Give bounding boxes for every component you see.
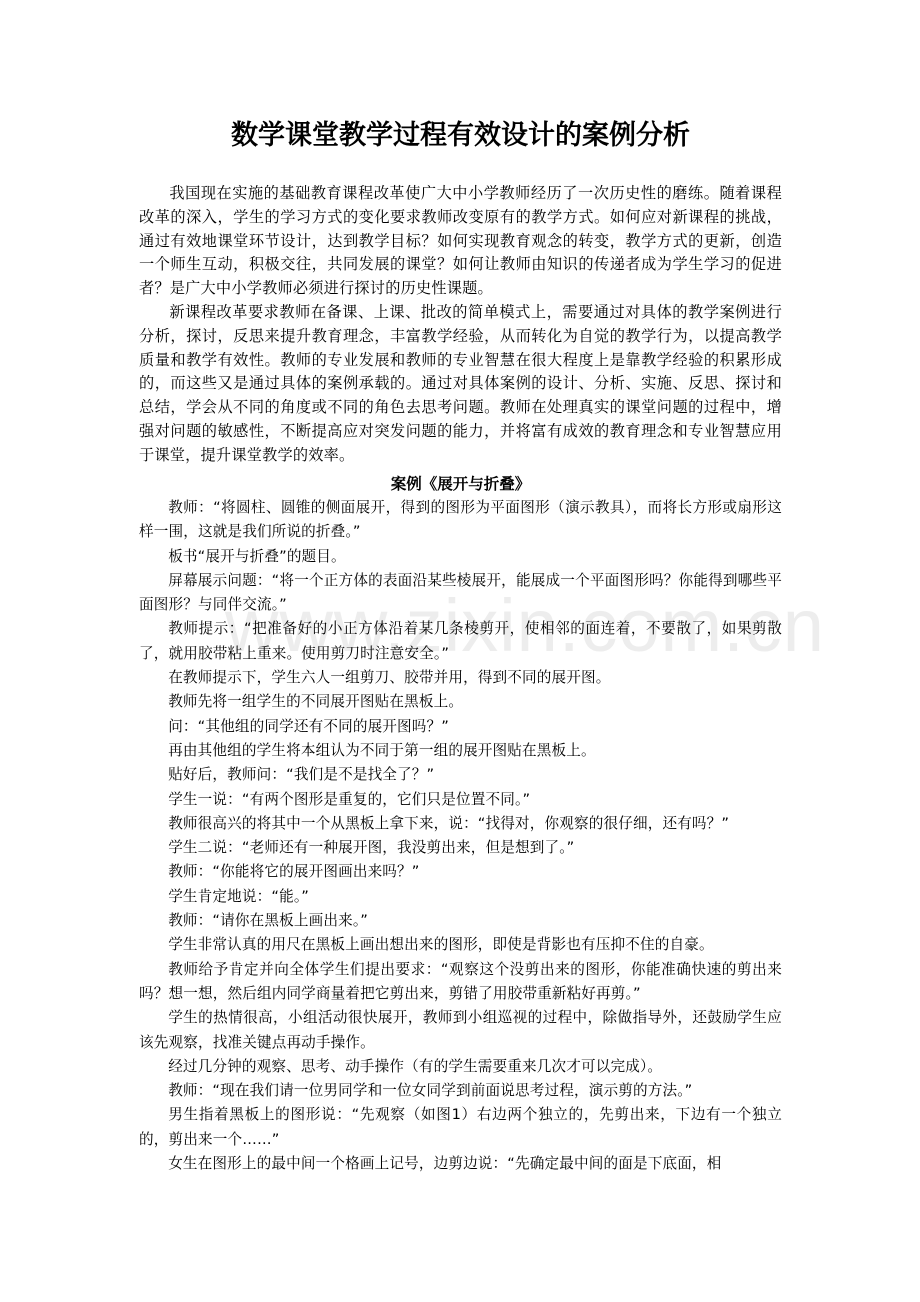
case-paragraph: 板书“展开与折叠”的题目。 (139, 545, 782, 569)
case-paragraph: 男生指着黑板上的图形说：“先观察（如图1）右边两个独立的，先剪出来，下边有一个独… (139, 1103, 782, 1152)
case-paragraph: 学生的热情很高，小组活动很快展开，教师到小组巡视的过程中，除做指导外，还鼓励学生… (139, 1006, 782, 1055)
case-paragraph: 女生在图形上的最中间一个格画上记号，边剪边说：“先确定最中间的面是下底面，相 (139, 1152, 782, 1176)
case-paragraph: 教师：“将圆柱、圆锥的侧面展开，得到的图形为平面图形（演示教具），而将长方形或扇… (139, 496, 782, 545)
document-page: www.zixin.com.cn 数学课堂教学过程有效设计的案例分析 我国现在实… (0, 0, 920, 1302)
case-paragraph: 问：“其他组的同学还有不同的展开图吗？” (139, 715, 782, 739)
case-paragraph: 教师：“请你在黑板上画出来。” (139, 909, 782, 933)
intro-paragraph-2: 新课程改革要求教师在备课、上课、批改的简单模式上，需要通过对具体的教学案例进行分… (139, 301, 782, 468)
case-paragraph: 学生一说：“有两个图形是重复的，它们只是位置不同。” (139, 788, 782, 812)
case-paragraph: 教师先将一组学生的不同展开图贴在黑板上。 (139, 690, 782, 714)
case-paragraph: 教师很高兴的将其中一个从黑板上拿下来，说：“找得对，你观察的很仔细，还有吗？” (139, 812, 782, 836)
case-paragraph: 学生二说：“老师还有一种展开图，我没剪出来，但是想到了。” (139, 836, 782, 860)
case-paragraph: 教师给予肯定并向全体学生们提出要求：“观察这个没剪出来的图形，你能准确快速的剪出… (139, 958, 782, 1007)
case-paragraph: 再由其他组的学生将本组认为不同于第一组的展开图贴在黑板上。 (139, 739, 782, 763)
intro-paragraph-1: 我国现在实施的基础教育课程改革使广大中小学教师经历了一次历史性的磨练。随着课程改… (139, 182, 782, 301)
document-title: 数学课堂教学过程有效设计的案例分析 (139, 118, 782, 154)
case-paragraph: 教师：“现在我们请一位男同学和一位女同学到前面说思考过程，演示剪的方法。” (139, 1079, 782, 1103)
case-paragraph: 教师提示：“把准备好的小正方体沿着某几条棱剪开，使相邻的面连着，不要散了，如果剪… (139, 617, 782, 666)
case-paragraph: 在教师提示下，学生六人一组剪刀、胶带并用，得到不同的展开图。 (139, 666, 782, 690)
case-title: 案例《展开与折叠》 (139, 472, 782, 496)
intro-section: 我国现在实施的基础教育课程改革使广大中小学教师经历了一次历史性的磨练。随着课程改… (139, 182, 782, 468)
case-paragraph: 经过几分钟的观察、思考、动手操作（有的学生需要重来几次才可以完成）。 (139, 1055, 782, 1079)
case-paragraph: 屏幕展示问题：“将一个正方体的表面沿某些棱展开，能展成一个平面图形吗？你能得到哪… (139, 569, 782, 618)
case-paragraph: 贴好后，教师问：“我们是不是找全了？” (139, 763, 782, 787)
case-paragraph: 学生肯定地说：“能。” (139, 885, 782, 909)
case-paragraph: 教师：“你能将它的展开图画出来吗？” (139, 860, 782, 884)
case-paragraph: 学生非常认真的用尺在黑板上画出想出来的图形，即使是背影也有压抑不住的自豪。 (139, 933, 782, 957)
case-section: 案例《展开与折叠》 教师：“将圆柱、圆锥的侧面展开，得到的图形为平面图形（演示教… (139, 472, 782, 1176)
